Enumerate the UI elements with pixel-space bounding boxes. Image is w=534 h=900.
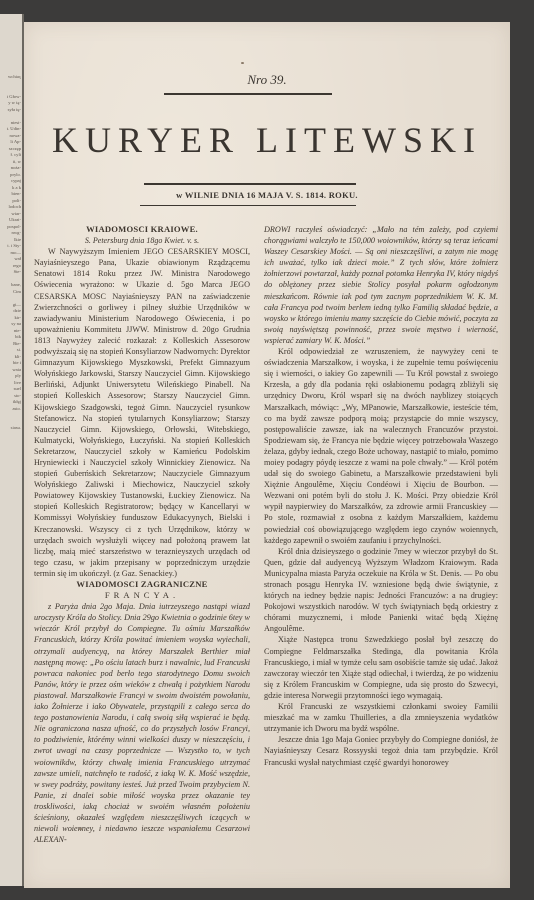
paper-speck [241,62,244,64]
heading-foreign-news: WIADOMOSCI ZAGRANICZNE [34,579,250,590]
issue-number: Nro 39. [24,72,510,88]
dateline: w WILNIE DNIA 16 MAJA V. S. 1814. ROKU. [24,190,510,200]
dateline-top-rule [144,183,356,185]
left-column: WIADOMOSCI KRAIOWE. S. Petersburg dnia 1… [34,224,250,845]
paragraph-st-quen: Król dnia dzisieyszego o godzinie 7mey w… [264,546,498,635]
previous-page-text: wchiaç i Głow- y w tą- syła ię- niesi- t… [1,74,21,432]
masthead-top-rule [164,93,332,95]
right-column: DROWI raczyłeś oświadczyć: „Mało na tém … [264,224,498,768]
country-heading-france: FRANCYA. [34,590,250,601]
previous-page-edge: wchiaç i Głow- y w tą- syła ię- niesi- t… [0,14,24,886]
paragraph-thuilleries: Król Francuski ze wszystkiemi członkami … [264,701,498,734]
article-continuation: DROWI raczyłeś oświadczyć: „Mało na tém … [264,224,498,346]
newspaper-title: KURYER LITEWSKI [24,122,510,158]
heading-domestic-news: WIADOMOSCI KRAIOWE. [34,224,250,235]
paragraph-swedish-prince: Xiąże Następca tronu Szwedzkiego posłał … [264,634,498,701]
subheading-petersburg: S. Petersburg dnia 18go Kwiet. v. s. [34,235,250,246]
paragraph-courier: Jeszcze dnia 1go Maja Goniec przybyły do… [264,734,498,767]
article-france: z Paryża dnia 2go Maja. Dnia iutrzeyszeg… [34,601,250,845]
newspaper-page: Nro 39. KURYER LITEWSKI w WILNIE DNIA 16… [24,22,510,888]
article-domestic: W Naywyższym Imieniem JEGO CESARSKIEY MO… [34,246,250,579]
dateline-bottom-rule [140,205,356,206]
paragraph-king-reply: Król odpowiedział ze wzruszeniem, że nay… [264,346,498,546]
paper-speck [79,828,82,830]
